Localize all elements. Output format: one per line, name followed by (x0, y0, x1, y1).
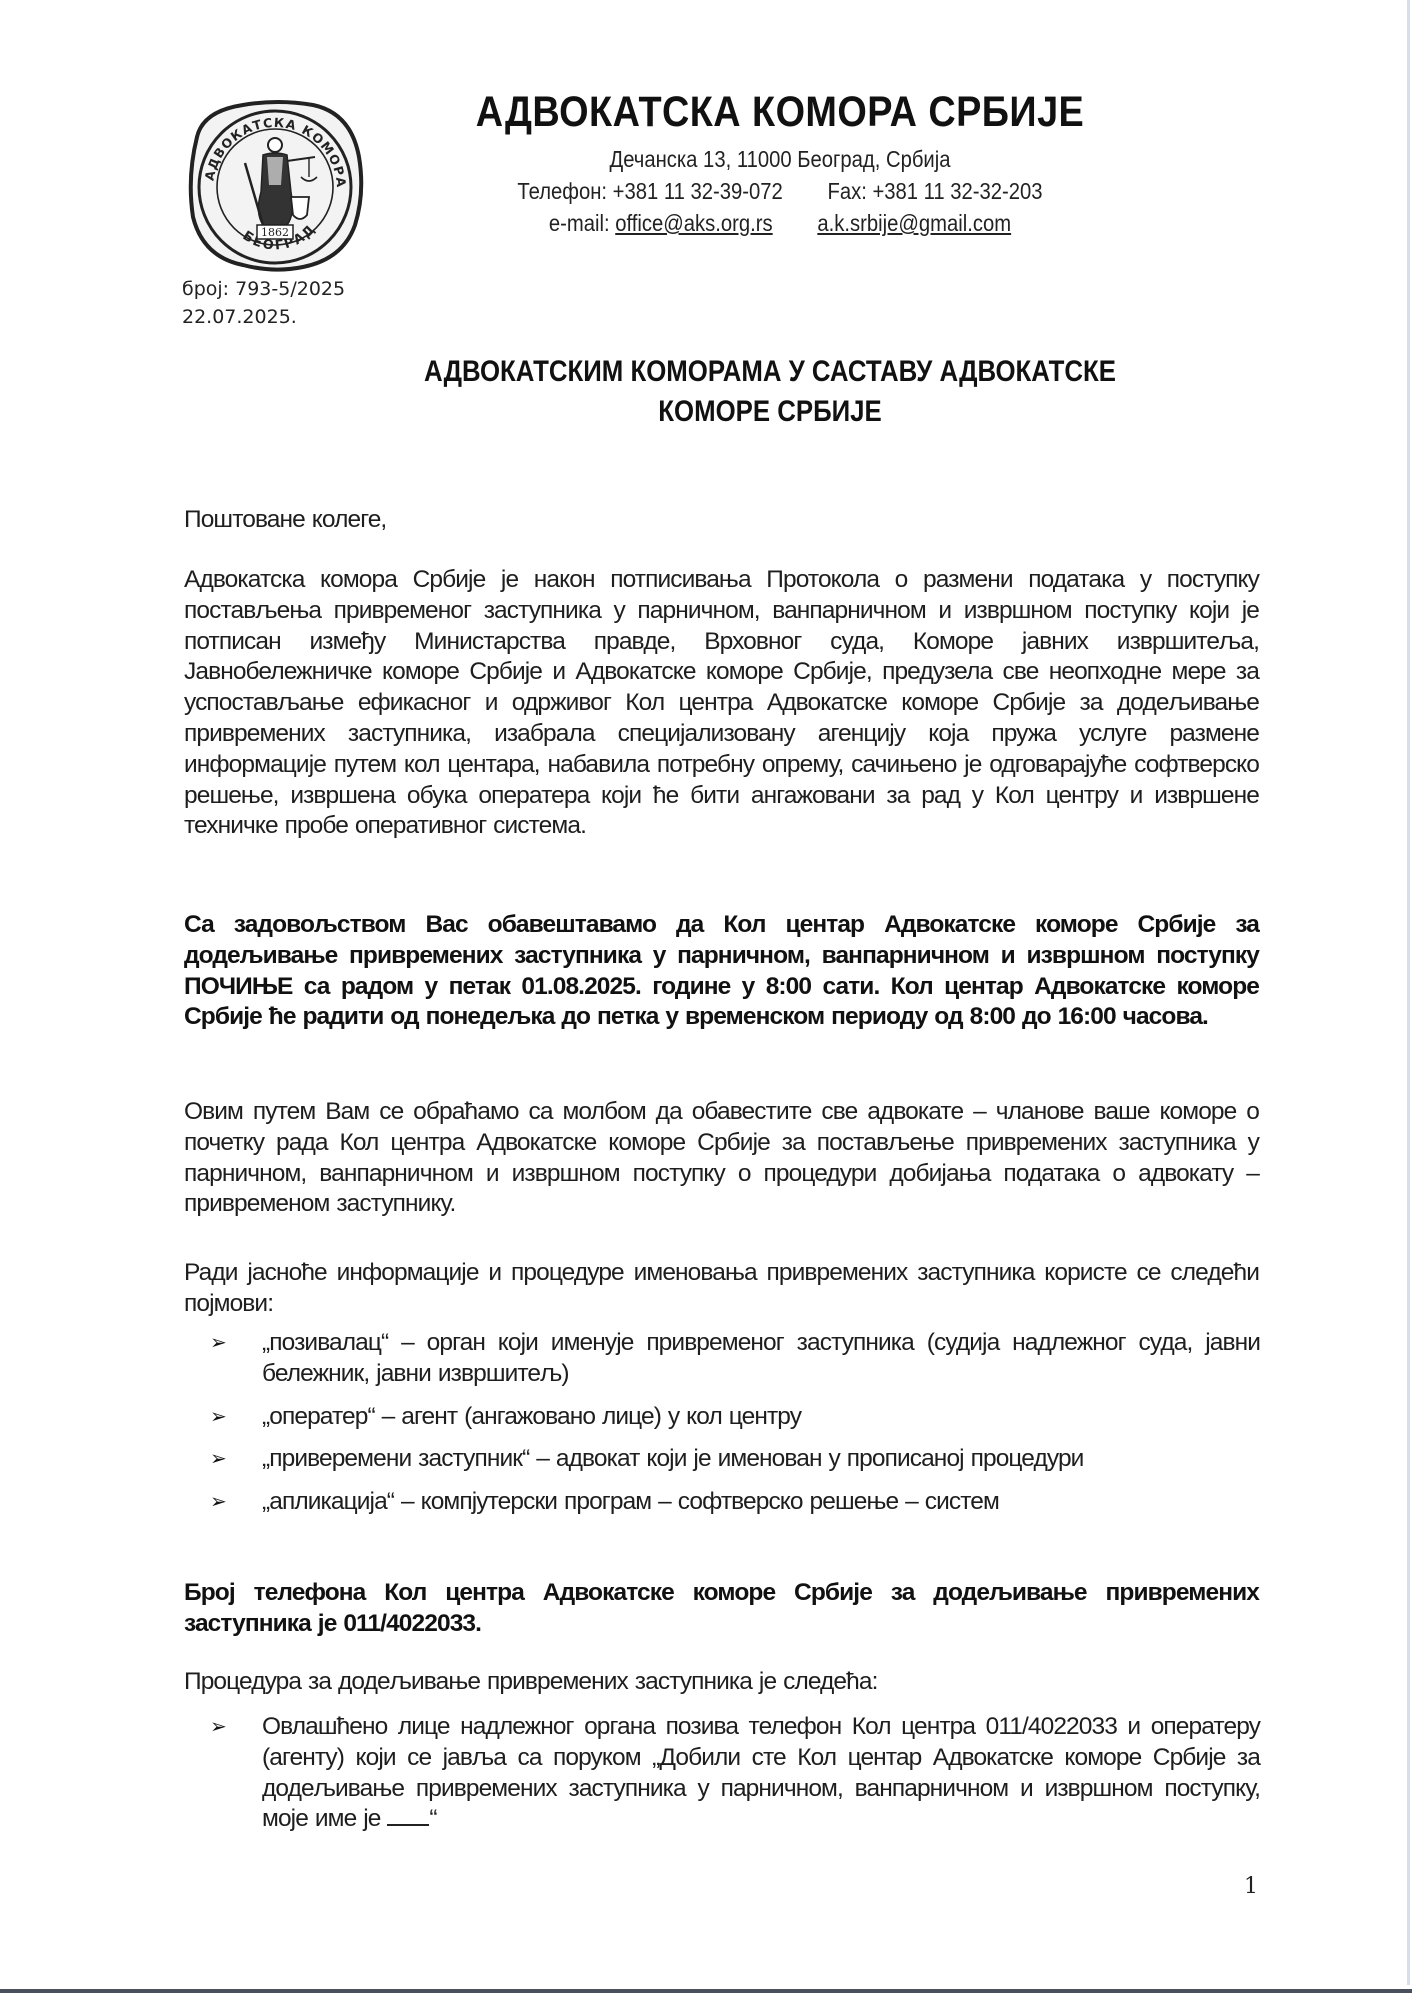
phone-label: Телефон: (517, 178, 607, 204)
bar-association-seal-icon: АДВОКАТСКА КОМОРА СРБИЈЕ БЕОГРАД 1862 (183, 97, 368, 272)
arrow-bullet-icon: ➢ (210, 1328, 262, 1359)
reference-number: број: 793-5/2025 (182, 275, 345, 303)
address-line: Дечанска 13, 11000 Београд, Србија (463, 143, 1097, 175)
procedure-step: Овлашћено лице надлежног органа позива т… (262, 1712, 1260, 1835)
addressee-line-2: КОМОРЕ СРБИЈЕ (349, 392, 1192, 432)
list-item: ➢ „оператер“ – агент (ангажовано лице) у… (210, 1402, 1260, 1433)
phone-number: +381 11 32-39-072 (613, 178, 783, 204)
paragraph-intro: Адвокатска комора Србије је након потпис… (184, 565, 1259, 842)
fax-label: Fax: (827, 178, 866, 204)
procedure-list: ➢ Овлашћено лице надлежног органа позива… (210, 1712, 1260, 1847)
paragraph-phone-number: Број телефона Кол центра Адвокатске комо… (184, 1578, 1259, 1640)
term-text: „оператер“ – агент (ангажовано лице) у к… (262, 1402, 1260, 1433)
page-edge-bottom (0, 1989, 1412, 1993)
paragraph-terms-intro: Ради јасноће информације и процедуре име… (184, 1258, 1259, 1320)
arrow-bullet-icon: ➢ (210, 1444, 262, 1475)
terms-list: ➢ „позивалац“ – орган који именује привр… (210, 1328, 1260, 1530)
term-text: „апликација“ – компјутерски програм – со… (262, 1487, 1260, 1518)
arrow-bullet-icon: ➢ (210, 1402, 262, 1433)
term-text: „приверемени заступник“ – адвокат који ј… (262, 1444, 1260, 1475)
term-text: „позивалац“ – орган који именује приврем… (262, 1328, 1260, 1390)
arrow-bullet-icon: ➢ (210, 1712, 262, 1743)
paragraph-request: Овим путем Вам се обраћамо са молбом да … (184, 1097, 1259, 1220)
reference-block: број: 793-5/2025 22.07.2025. (182, 275, 345, 331)
addressee-line-1: АДВОКАТСКИМ КОМОРАМА У САСТАВУ АДВОКАТСК… (349, 352, 1192, 392)
procedure-step-text: Овлашћено лице надлежног органа позива т… (262, 1713, 1260, 1832)
salutation: Поштоване колеге, (184, 505, 1259, 536)
email-link-primary[interactable]: office@aks.org.rs (615, 210, 772, 236)
name-blank-line (387, 1824, 429, 1826)
addressee-heading: АДВОКАТСКИМ КОМОРАМА У САСТАВУ АДВОКАТСК… (280, 352, 1260, 432)
paragraph-announcement: Са задовољством Вас обавештавамо да Кол … (184, 910, 1259, 1033)
list-item: ➢ Овлашћено лице надлежног органа позива… (210, 1712, 1260, 1835)
fax-number: +381 11 32-32-203 (872, 178, 1042, 204)
svg-text:1862: 1862 (261, 226, 289, 239)
contact-email: e-mail: office@aks.org.rs a.k.srbije@gma… (463, 207, 1097, 239)
paragraph-procedure-intro: Процедура за додељивање привремених заст… (184, 1667, 1259, 1698)
email-label: e-mail: (549, 210, 610, 236)
list-item: ➢ „апликација“ – компјутерски програм – … (210, 1487, 1260, 1518)
closing-quote: “ (429, 1805, 436, 1832)
list-item: ➢ „приверемени заступник“ – адвокат који… (210, 1444, 1260, 1475)
arrow-bullet-icon: ➢ (210, 1487, 262, 1518)
organization-name: АДВОКАТСКА КОМОРА СРБИЈЕ (463, 88, 1097, 137)
page-number: 1 (1244, 1874, 1258, 1899)
letterhead: АДВОКАТСКА КОМОРА СРБИЈЕ Дечанска 13, 11… (420, 88, 1140, 239)
contact-phone-fax: Телефон: +381 11 32-39-072 Fax: +381 11 … (463, 175, 1097, 207)
email-link-secondary[interactable]: a.k.srbije@gmail.com (817, 210, 1011, 236)
page-edge-right (1407, 0, 1410, 1985)
list-item: ➢ „позивалац“ – орган који именује привр… (210, 1328, 1260, 1390)
reference-date: 22.07.2025. (182, 303, 345, 331)
